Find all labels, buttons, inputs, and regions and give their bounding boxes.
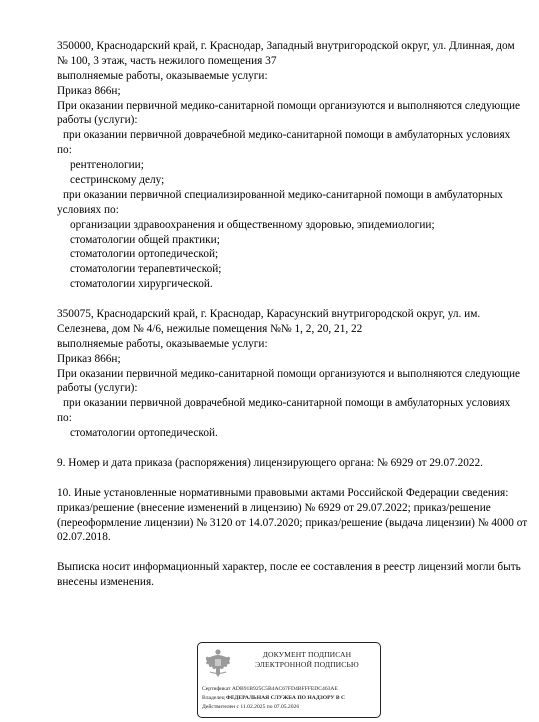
service-item: стоматологии общей практики; bbox=[57, 233, 517, 248]
address1-works-label: выполняемые работы, оказываемые услуги: bbox=[57, 69, 517, 84]
service-item: рентгенологии; bbox=[57, 158, 517, 173]
service-item: стоматологии ортопедической. bbox=[57, 426, 517, 441]
certificate-value: ADB91B925C5B4AC67FD4BFFFEDC463AE bbox=[232, 686, 338, 692]
address1-intro2: работы (услуги): bbox=[57, 113, 517, 128]
address1-pre-medical1: при оказании первичной доврачебной медик… bbox=[57, 128, 517, 143]
address2-pre-medical1: при оказании первичной доврачебной медик… bbox=[57, 396, 517, 411]
address1-specialized1: при оказании первичной специализированно… bbox=[57, 188, 517, 203]
service-item: сестринскому делу; bbox=[57, 173, 517, 188]
owner-value: ФЕДЕРАЛЬНАЯ СЛУЖБА ПО НАДЗОРУ В С bbox=[226, 695, 345, 701]
service-item: стоматологии хирургической. bbox=[57, 277, 517, 292]
address2-order: Приказ 866н; bbox=[57, 352, 517, 367]
disclaimer-line: Выписка носит информационный характер, п… bbox=[57, 560, 517, 575]
item10-line: 10. Иные установленные нормативными прав… bbox=[57, 486, 517, 501]
address2-pre-medical2: по: bbox=[57, 411, 517, 426]
stamp-validity: Действителен с 11.02.2025 по 07.05.2026 bbox=[202, 703, 345, 712]
stamp-title-line1: ДОКУМЕНТ ПОДПИСАН bbox=[238, 650, 376, 660]
service-item: организации здравоохранения и общественн… bbox=[57, 218, 517, 233]
stamp-owner: Владелец ФЕДЕРАЛЬНАЯ СЛУЖБА ПО НАДЗОРУ В… bbox=[202, 694, 345, 703]
item10-line: 02.07.2018. bbox=[57, 530, 517, 545]
address1-line2: № 100, 3 этаж, часть нежилого помещения … bbox=[57, 54, 517, 69]
address2-works-label: выполняемые работы, оказываемые услуги: bbox=[57, 337, 517, 352]
address2-intro1: При оказании первичной медико-санитарной… bbox=[57, 367, 517, 382]
stamp-certificate: Сертификат ADB91B925C5B4AC67FD4BFFFEDC46… bbox=[202, 685, 345, 694]
item10-line: (переоформление лицензии) № 3120 от 14.0… bbox=[57, 516, 517, 531]
stamp-title-line2: ЭЛЕКТРОННОЙ ПОДПИСЬЮ bbox=[238, 660, 376, 670]
address1-pre-medical2: по: bbox=[57, 143, 517, 158]
address2-intro2: работы (услуги): bbox=[57, 381, 517, 396]
address2-line1: 350075, Краснодарский край, г. Краснодар… bbox=[57, 307, 517, 322]
address1-order: Приказ 866н; bbox=[57, 84, 517, 99]
address2-line2: Селезнева, дом № 4/6, нежилые помещения … bbox=[57, 322, 517, 337]
item10-line: приказ/решение (внесение изменений в лиц… bbox=[57, 501, 517, 516]
license-extract-page: 350000, Краснодарский край, г. Краснодар… bbox=[57, 39, 517, 590]
service-item: стоматологии терапевтической; bbox=[57, 262, 517, 277]
address1-intro1: При оказании первичной медико-санитарной… bbox=[57, 99, 517, 114]
address1-specialized2: условиях по: bbox=[57, 203, 517, 218]
disclaimer-line: внесены изменения. bbox=[57, 575, 517, 590]
russian-coat-of-arms-icon bbox=[204, 648, 232, 678]
electronic-signature-stamp: ДОКУМЕНТ ПОДПИСАН ЭЛЕКТРОННОЙ ПОДПИСЬЮ С… bbox=[197, 642, 381, 718]
address1-line1: 350000, Краснодарский край, г. Краснодар… bbox=[57, 39, 517, 54]
item9-order-number: 9. Номер и дата приказа (распоряжения) л… bbox=[57, 456, 517, 471]
service-item: стоматологии ортопедической; bbox=[57, 247, 517, 262]
